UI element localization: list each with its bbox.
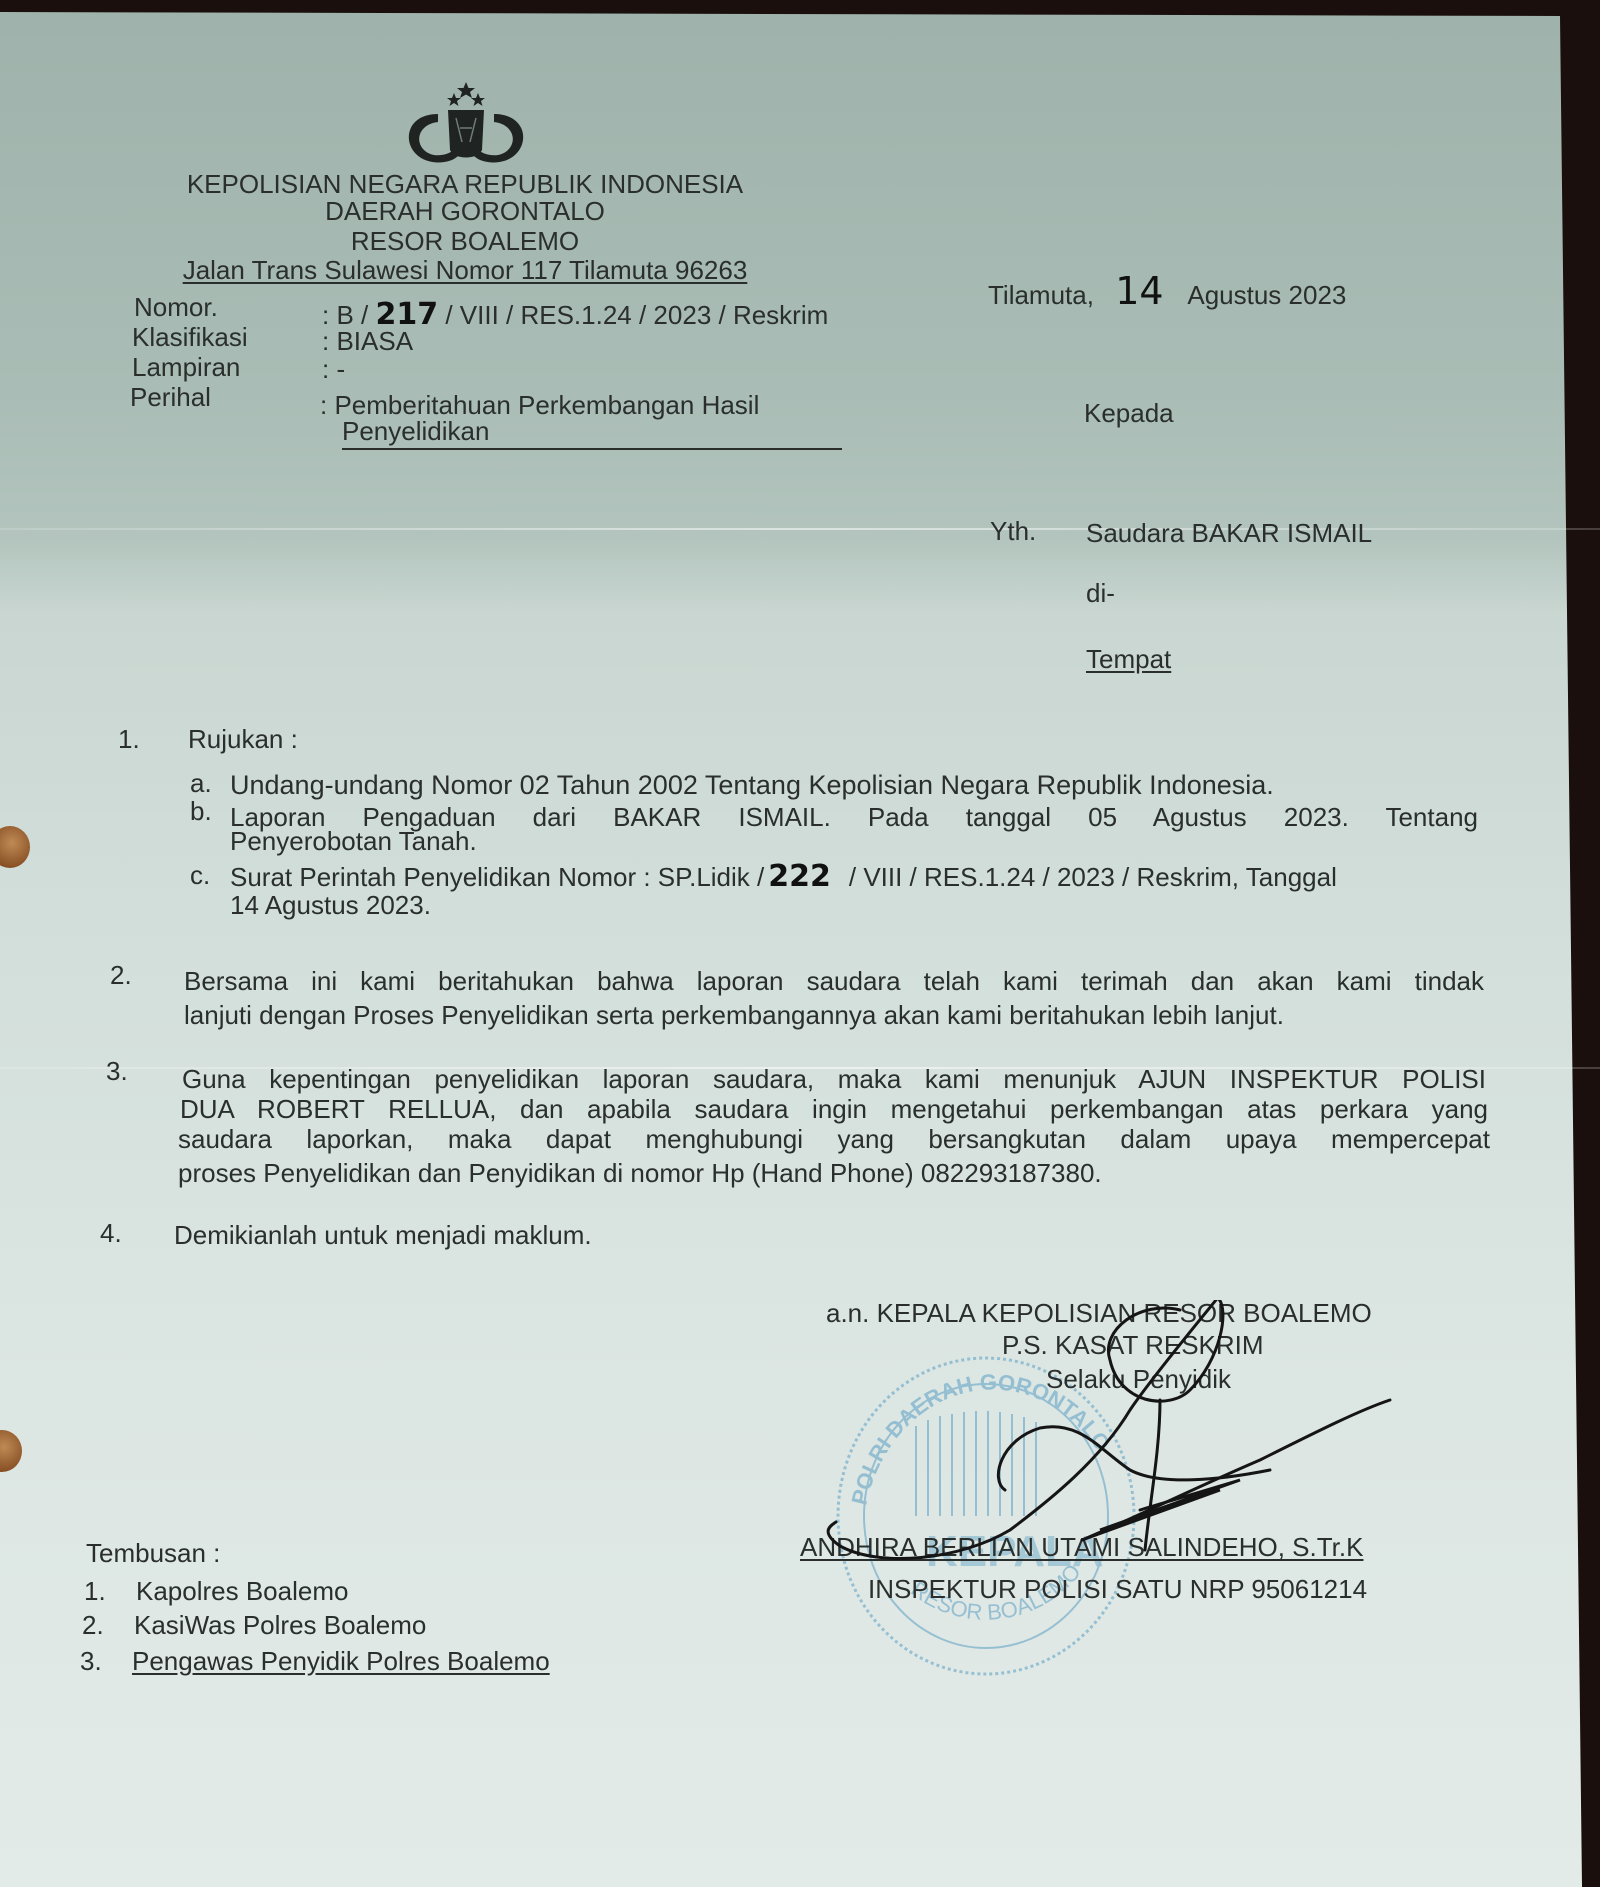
signatory-rank: INSPEKTUR POLISI SATU NRP 95061214 [868,1574,1367,1604]
perihal-underline [342,448,842,450]
item-1c-label: c. [190,860,210,890]
item-3-line1: Guna kepentingan penyelidikan laporan sa… [182,1064,1486,1094]
tembusan-item-2-number: 2. [82,1610,104,1640]
date-month-year: Agustus 2023 [1187,280,1346,310]
item-1-title: Rujukan : [188,724,298,754]
perihal-value-line2: Penyelidikan [342,416,489,446]
recipient-kepada: Kepada [1084,398,1174,428]
nomor-label: Nomor. [134,292,218,322]
police-emblem-icon [398,80,534,172]
lampiran-label: Lampiran [132,352,240,382]
item-1b-label: b. [190,796,212,826]
tembusan-item-3: Pengawas Penyidik Polres Boalemo [132,1646,550,1676]
tembusan-item-1-number: 1. [84,1576,106,1606]
letterhead-line-2: DAERAH GORONTALO [140,197,790,225]
letterhead-address: Jalan Trans Sulawesi Nomor 117 Tilamuta … [140,256,790,284]
klasifikasi-label: Klasifikasi [132,322,248,352]
recipient-tempat: Tempat [1086,644,1171,674]
tembusan-item-2: KasiWas Polres Boalemo [134,1610,426,1640]
date-line: Tilamuta, 14 Agustus 2023 [988,276,1346,310]
item-2-number: 2. [110,960,132,990]
date-place: Tilamuta, [988,280,1094,310]
tembusan-item-1: Kapolres Boalemo [136,1576,348,1606]
item-1c-prefix: Surat Perintah Penyelidikan Nomor : SP.L… [230,862,764,892]
nomor-suffix: / VIII / RES.1.24 / 2023 / Reskrim [445,300,828,330]
item-2-line1: Bersama ini kami beritahukan bahwa lapor… [184,966,1484,996]
item-3-number: 3. [106,1056,128,1086]
date-day-handwritten: 14 [1115,269,1163,313]
item-1a-label: a. [190,768,212,798]
handwritten-signature-icon [800,1300,1420,1560]
item-1a-text: Undang-undang Nomor 02 Tahun 2002 Tentan… [230,770,1274,800]
recipient-name: Saudara BAKAR ISMAIL [1086,518,1372,548]
recipient-yth: Yth. [990,516,1036,546]
letterhead-line-3: RESOR BOALEMO [140,227,790,255]
item-3-line3: saudara laporkan, maka dapat menghubungi… [178,1124,1490,1154]
letterhead-line-1: KEPOLISIAN NEGARA REPUBLIK INDONESIA [140,170,790,198]
tembusan-item-3-number: 3. [80,1646,102,1676]
item-1c-handwritten: 222 [768,859,831,894]
item-1c-suffix: / VIII / RES.1.24 / 2023 / Reskrim, Tang… [849,862,1337,892]
klasifikasi-value: : BIASA [322,326,413,356]
recipient-di: di- [1086,578,1115,608]
item-1c-line1: Surat Perintah Penyelidikan Nomor : SP.L… [230,862,1337,892]
item-2-line2: lanjuti dengan Proses Penyelidikan serta… [184,1000,1284,1030]
lampiran-value: : - [322,354,345,384]
tembusan-title: Tembusan : [86,1538,220,1568]
item-4-number: 4. [100,1218,122,1248]
item-3-line4: proses Penyelidikan dan Penyidikan di no… [178,1158,1102,1188]
item-1-number: 1. [118,724,140,754]
item-1b-line2: Penyerobotan Tanah. [230,826,477,856]
perihal-label: Perihal [130,382,211,412]
item-3-line2: DUA ROBERT RELLUA, dan apabila saudara i… [180,1094,1488,1124]
item-1c-line2: 14 Agustus 2023. [230,890,431,920]
item-4-text: Demikianlah untuk menjadi maklum. [174,1220,592,1250]
